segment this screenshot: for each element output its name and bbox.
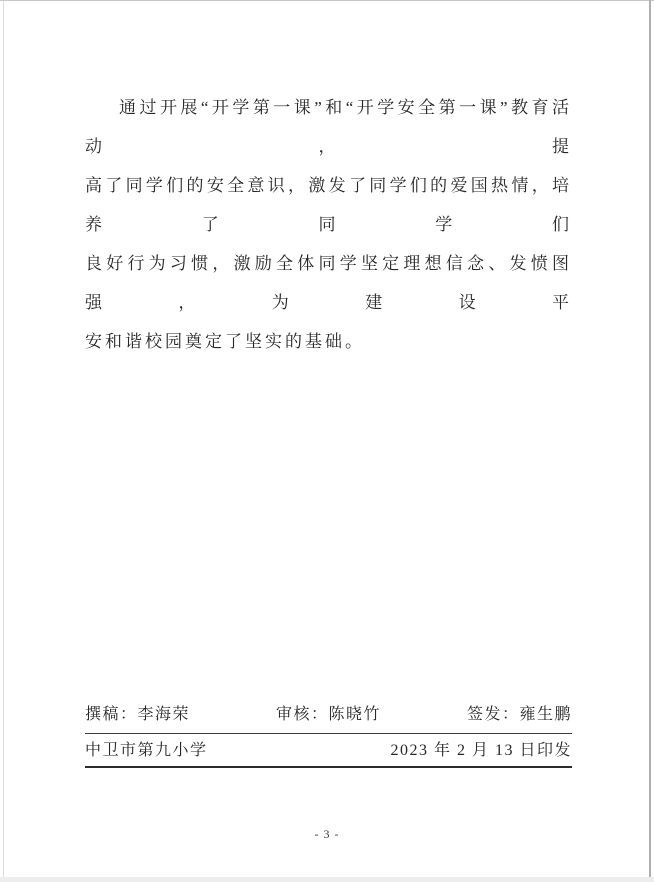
- paragraph-line: 安和谐校园奠定了坚实的基础。: [85, 322, 572, 361]
- page-edge-right: [649, 0, 651, 877]
- imprint-row: 中卫市第九小学 2023 年 2 月 13 日印发: [85, 734, 572, 766]
- reviewer-field: 审核：陈晓竹: [276, 704, 381, 726]
- paragraph-line: 良好行为习惯，激励全体同学坚定理想信念、发愤图强，为建设平: [85, 244, 572, 322]
- page-edge-bottom: [0, 877, 654, 882]
- page-edge-top: [0, 0, 654, 1]
- page-number: - 3 -: [0, 827, 654, 842]
- drafter-field: 撰稿：李海荣: [85, 704, 190, 726]
- issuing-organization: 中卫市第九小学: [85, 740, 208, 762]
- issuer-field: 签发：雍生鹏: [467, 704, 572, 726]
- paragraph-line: 高了同学们的安全意识，激发了同学们的爱国热情，培养了同学们: [85, 166, 572, 244]
- page-edge-left: [3, 1, 4, 877]
- signature-row: 撰稿：李海荣 审核：陈晓竹 签发：雍生鹏: [85, 704, 572, 733]
- body-paragraph: 通过开展“开学第一课”和“开学安全第一课”教育活动，提 高了同学们的安全意识，激…: [85, 88, 572, 361]
- document-page: 通过开展“开学第一课”和“开学安全第一课”教育活动，提 高了同学们的安全意识，激…: [0, 0, 654, 882]
- paragraph-line: 通过开展“开学第一课”和“开学安全第一课”教育活动，提: [85, 88, 572, 166]
- signature-block: 撰稿：李海荣 审核：陈晓竹 签发：雍生鹏 中卫市第九小学 2023 年 2 月 …: [85, 704, 572, 768]
- print-date: 2023 年 2 月 13 日印发: [390, 740, 572, 762]
- imprint-divider-line: [85, 766, 572, 768]
